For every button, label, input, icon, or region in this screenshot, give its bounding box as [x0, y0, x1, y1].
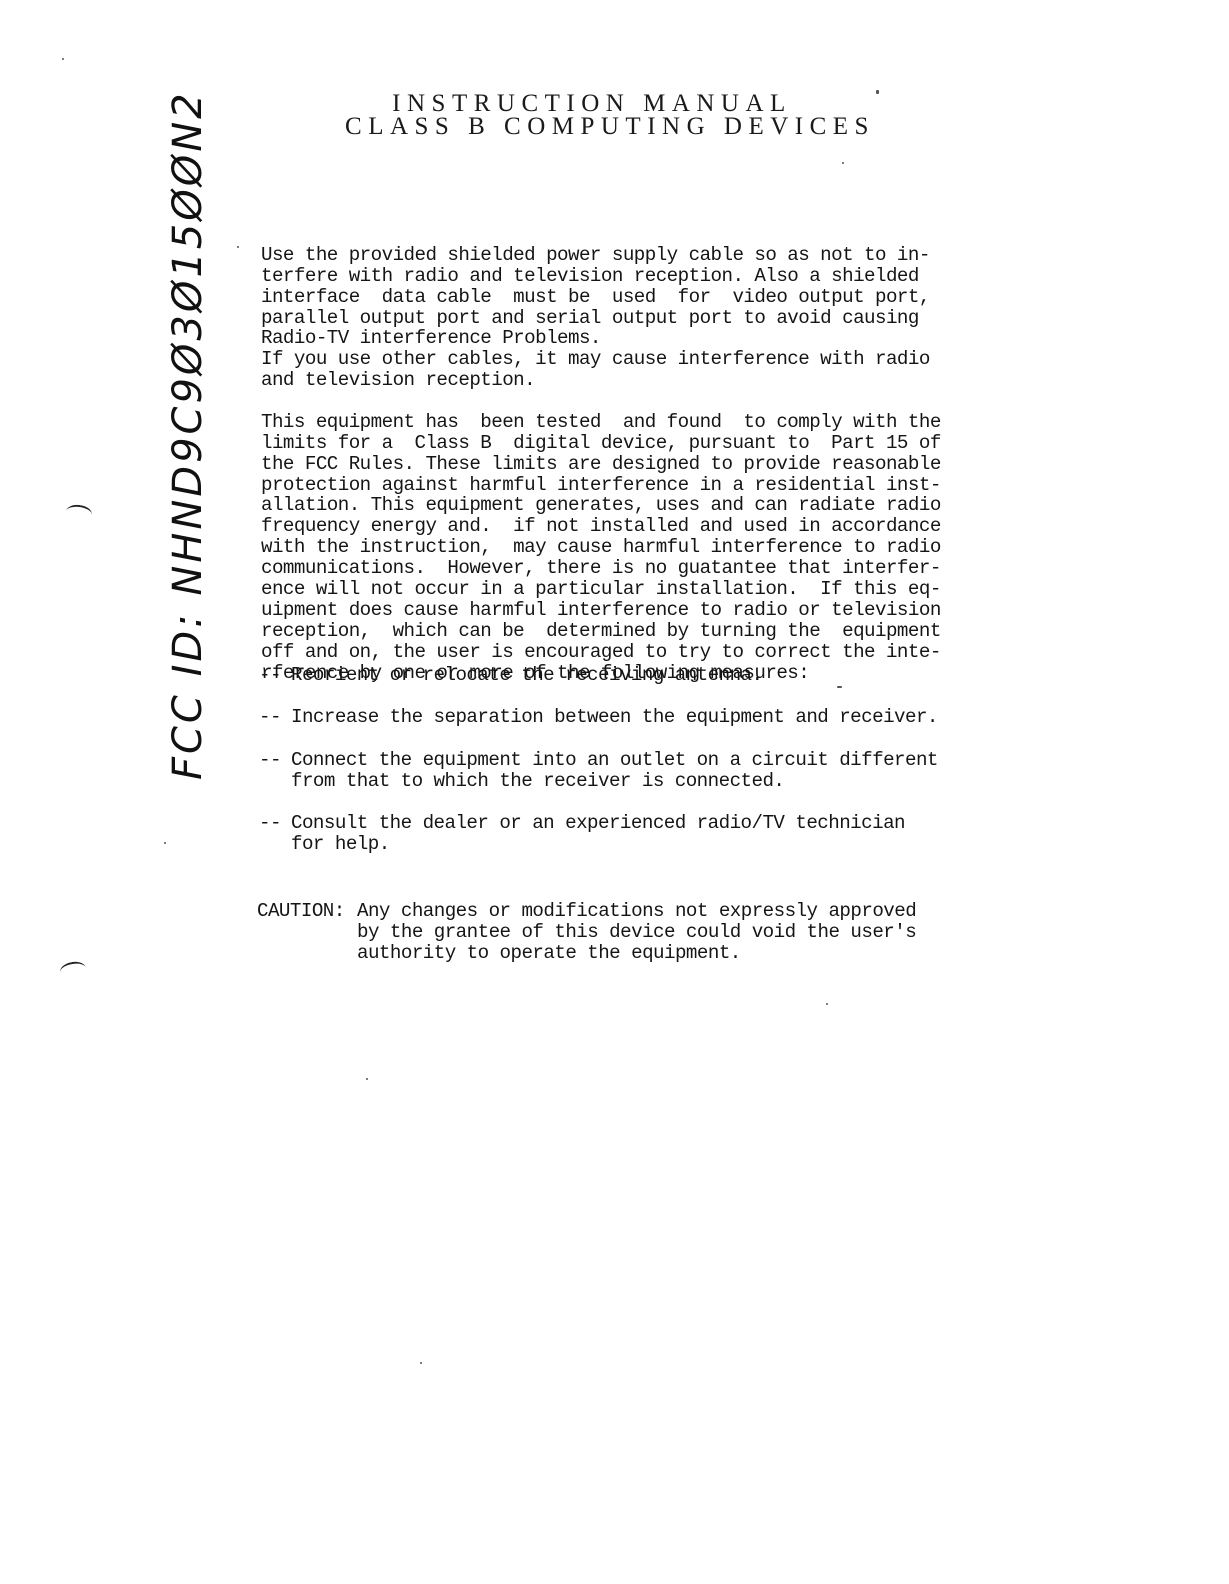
list-bullet: -- [259, 707, 291, 728]
list-item-text: Increase the separation between the equi… [291, 707, 938, 728]
list-item-text: Connect the equipment into an outlet on … [291, 750, 938, 792]
scanned-document-page: INSTRUCTION MANUAL CLASS B COMPUTING DEV… [0, 0, 1229, 1584]
list-item-text: Reorient or relocate the receiving anten… [291, 665, 762, 686]
scan-speck [842, 162, 844, 164]
scan-speck [164, 842, 166, 844]
list-item-text: Consult the dealer or an experienced rad… [291, 813, 905, 855]
list-bullet: -- [259, 665, 291, 686]
scan-speck [876, 90, 879, 94]
list-item: -- Increase the separation between the e… [259, 707, 938, 728]
document-title: INSTRUCTION MANUAL CLASS B COMPUTING DEV… [300, 92, 920, 138]
scan-speck [837, 686, 842, 688]
list-bullet: -- [259, 813, 291, 855]
handwritten-fcc-id-annotation: FCC ID: NHND9C9Ø3Ø15ØØN2 [168, 90, 208, 780]
list-item: -- Connect the equipment into an outlet … [259, 750, 938, 792]
scan-speck [237, 246, 239, 248]
list-item: -- Consult the dealer or an experienced … [259, 813, 938, 855]
caution-label: CAUTION: [257, 901, 357, 964]
caution-notice: CAUTION: Any changes or modifications no… [257, 901, 916, 964]
paragraph-text: This equipment has been tested and found… [261, 412, 941, 684]
caution-text: Any changes or modifications not express… [357, 901, 916, 964]
list-item: -- Reorient or relocate the receiving an… [259, 665, 938, 686]
title-line-1: INSTRUCTION MANUAL [264, 92, 920, 115]
measures-list: -- Reorient or relocate the receiving an… [259, 665, 938, 876]
title-line-2: CLASS B COMPUTING DEVICES [300, 115, 920, 138]
scan-speck [62, 58, 64, 60]
scan-speck [420, 1362, 422, 1364]
list-bullet: -- [259, 750, 291, 792]
binder-hole-mark [59, 960, 87, 980]
scan-speck [366, 1078, 368, 1080]
scan-speck [826, 1003, 828, 1005]
binder-hole-mark [65, 503, 93, 522]
